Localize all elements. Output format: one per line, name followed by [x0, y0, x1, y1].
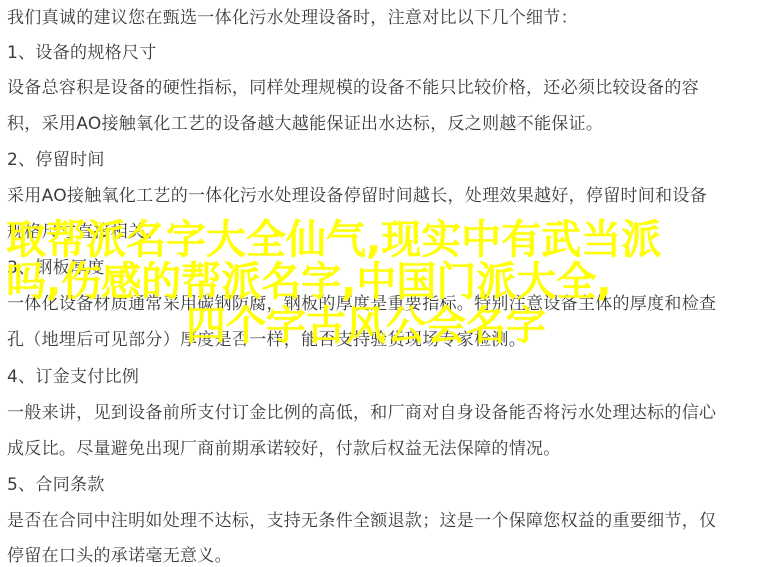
section-1-body-line-2: 积，采用AO接触氧化工艺的设备越大越能保证出水达标，反之则越不能保证。	[7, 113, 603, 135]
intro-text: 我们真诚的建议您在甄选一体化污水处理设备时，注意对比以下几个细节：	[7, 7, 578, 29]
section-4-body-line-1: 一般来讲，见到设备前所支付订金比例的高低，和厂商对自身设备能否将污水处理达标的信…	[7, 402, 716, 424]
section-4-body-line-2: 成反比。尽量避免出现厂商前期承诺较好，付款后权益无法保障的情况。	[7, 438, 561, 460]
section-2-body-line-1: 采用AO接触氧化工艺的一体化污水处理设备停留时间越长，处理效果越好，停留时间和设…	[7, 185, 707, 207]
section-4-heading: 4、订金支付比例	[7, 366, 139, 388]
section-3-body-line-2: 孔（地埋后可见部分）厚度是否一样，能否支持验货现场专家检测。	[7, 329, 526, 351]
section-5-heading: 5、合同条款	[7, 474, 105, 496]
section-3-body-line-1: 一体化设备材质通常采用碳钢防腐，钢板的厚度是重要指标。特别注意设备主体的厚度和检…	[7, 293, 716, 315]
section-2-heading: 2、停留时间	[7, 149, 105, 171]
section-1-body-line-1: 设备总容积是设备的硬性指标，同样处理规模的设备不能只比较价格，还必须比较设备的容	[7, 77, 699, 99]
section-5-body-line-1: 是否在合同中注明如处理不达标，支持无条件全额退款；这是一个保障您权益的重要细节，…	[7, 510, 716, 532]
section-2-body-line-2: 规格尺寸直接相关。	[7, 221, 163, 243]
section-3-heading: 3、钢板厚度	[7, 257, 105, 279]
section-5-body-line-2: 停留在口头的承诺毫无意义。	[7, 545, 232, 567]
section-1-heading: 1、设备的规格尺寸	[7, 42, 157, 64]
